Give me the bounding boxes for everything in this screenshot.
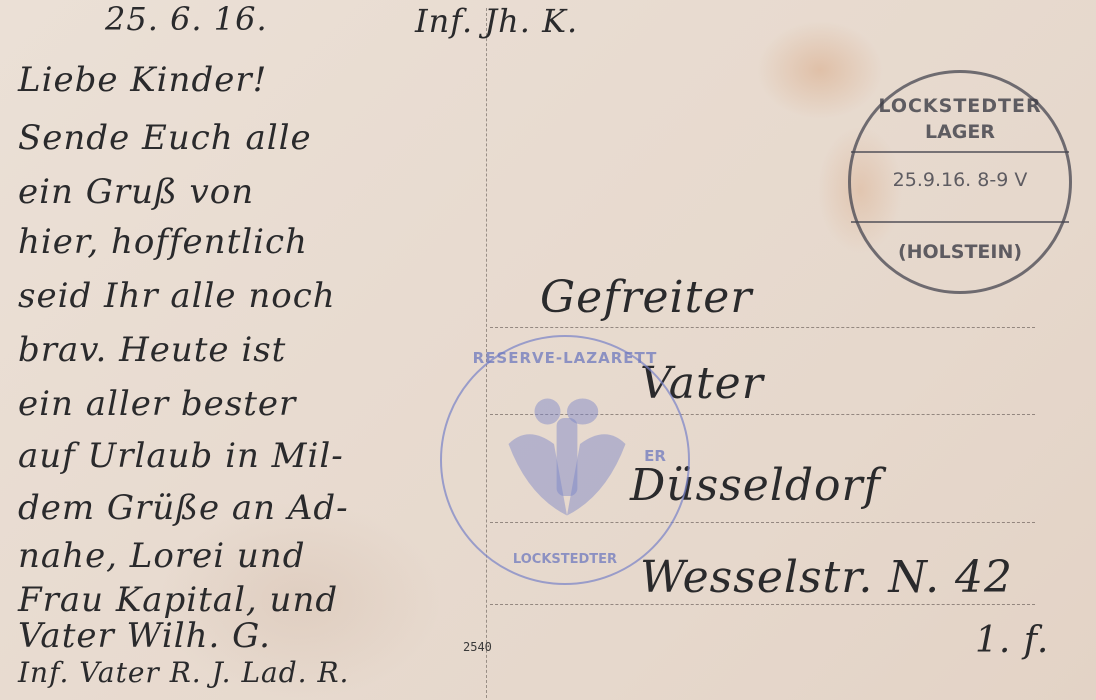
message-line: nahe, Lorei und (18, 536, 305, 576)
message-line: dem Grüße an Ad- (18, 488, 349, 528)
postcard: 25. 6. 16. Inf. Jh. K. Liebe Kinder! Sen… (0, 0, 1096, 700)
postmark-bar-top (851, 151, 1069, 153)
postmark-stamp: LOCKSTEDTER LAGER 25.9.16. 8-9 V (HOLSTE… (848, 70, 1072, 294)
message-line: Liebe Kinder! (18, 60, 267, 100)
message-line: Frau Kapital, und (18, 580, 338, 620)
lazarett-stamp: RESERVE-LAZARETT ER LOCKSTEDTER (440, 335, 690, 585)
print-number: 2540 (463, 640, 492, 654)
message-line: Vater Wilh. G. (18, 616, 271, 656)
address-street: Wesselstr. N. 42 (640, 552, 1013, 603)
postmark-top-text: LOCKSTEDTER (851, 95, 1069, 117)
message-line: auf Urlaub in Mil- (18, 436, 344, 476)
message-line: Sende Euch alle (18, 118, 312, 158)
message-line: brav. Heute ist (18, 330, 286, 370)
message-line: seid Ihr alle noch (18, 276, 336, 316)
eagle-emblem-icon (502, 392, 632, 522)
postmark-date: 25.9.16. 8-9 V (851, 169, 1069, 191)
unit-header: Inf. Jh. K. (415, 2, 578, 40)
address-line-4 (490, 604, 1035, 605)
date-header: 25. 6. 16. (105, 0, 268, 38)
message-line: ein aller bester (18, 384, 296, 424)
lazarett-top-text: RESERVE-LAZARETT (442, 349, 688, 367)
message-line: hier, hoffentlich (18, 222, 308, 262)
message-signature: Inf. Vater R. J. Lad. R. (18, 656, 349, 689)
address-floor: 1. f. (975, 620, 1049, 661)
message-line: ein Gruß von (18, 172, 254, 212)
postmark-middle-text: LAGER (851, 121, 1069, 143)
postmark-bottom-text: (HOLSTEIN) (851, 241, 1069, 263)
address-line-1 (490, 327, 1035, 328)
postmark-bar-bottom (851, 221, 1069, 223)
address-rank: Gefreiter (540, 272, 752, 323)
lazarett-bottom-text: LOCKSTEDTER (442, 552, 688, 567)
